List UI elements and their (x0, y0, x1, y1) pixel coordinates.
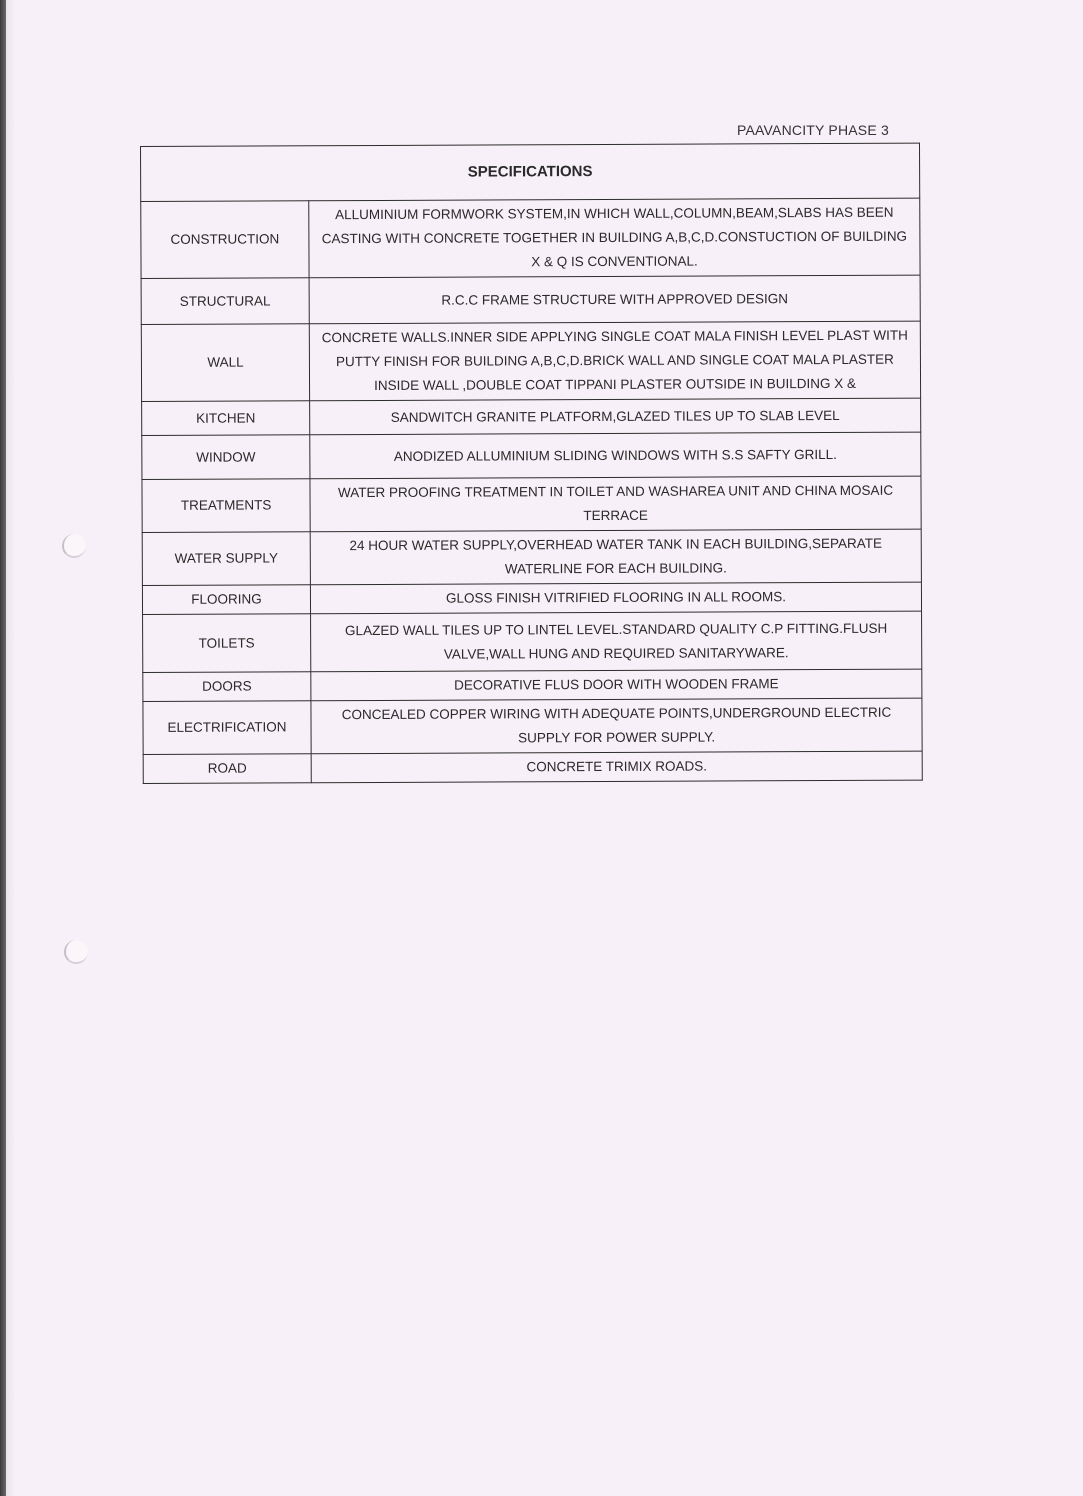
table-row: KITCHENSANDWITCH GRANITE PLATFORM,GLAZED… (142, 398, 921, 435)
spec-description: GLOSS FINISH VITRIFIED FLOORING IN ALL R… (310, 582, 921, 614)
table-row: WALLCONCRETE WALLS.INNER SIDE APPLYING S… (141, 321, 920, 401)
spec-category: ELECTRIFICATION (143, 701, 311, 755)
table-row: DOORSDECORATIVE FLUS DOOR WITH WOODEN FR… (143, 669, 922, 701)
table-row: WINDOWANODIZED ALLUMINIUM SLIDING WINDOW… (142, 432, 921, 479)
spec-category: TOILETS (143, 614, 311, 673)
spec-description: CONCRETE TRIMIX ROADS. (311, 751, 922, 783)
table-row: ELECTRIFICATIONCONCEALED COPPER WIRING W… (143, 698, 922, 754)
spec-description: DECORATIVE FLUS DOOR WITH WOODEN FRAME (311, 669, 922, 701)
spec-category: STRUCTURAL (141, 278, 309, 325)
table-row: FLOORINGGLOSS FINISH VITRIFIED FLOORING … (142, 582, 921, 614)
table-row: WATER SUPPLY24 HOUR WATER SUPPLY,OVERHEA… (142, 529, 921, 585)
table-row: ROADCONCRETE TRIMIX ROADS. (143, 751, 922, 783)
punch-hole (62, 534, 86, 558)
spec-category: WALL (141, 324, 309, 402)
spec-description: WATER PROOFING TREATMENT IN TOILET AND W… (310, 476, 921, 532)
spec-description: R.C.C FRAME STRUCTURE WITH APPROVED DESI… (309, 275, 920, 324)
spec-description: 24 HOUR WATER SUPPLY,OVERHEAD WATER TANK… (310, 529, 921, 585)
table-row: STRUCTURALR.C.C FRAME STRUCTURE WITH APP… (141, 275, 920, 324)
spec-category: WINDOW (142, 435, 310, 480)
spec-description: CONCRETE WALLS.INNER SIDE APPLYING SINGL… (309, 321, 920, 401)
spec-description: CONCEALED COPPER WIRING WITH ADEQUATE PO… (311, 698, 922, 754)
spec-category: WATER SUPPLY (142, 532, 310, 586)
spec-description: SANDWITCH GRANITE PLATFORM,GLAZED TILES … (310, 398, 921, 435)
spec-category: ROAD (143, 754, 311, 784)
spec-category: CONSTRUCTION (141, 201, 309, 279)
table-row: CONSTRUCTIONALLUMINIUM FORMWORK SYSTEM,I… (141, 198, 920, 278)
table-row: TOILETSGLAZED WALL TILES UP TO LINTEL LE… (143, 611, 922, 672)
spec-description: GLAZED WALL TILES UP TO LINTEL LEVEL.STA… (311, 611, 922, 672)
spec-description: ALLUMINIUM FORMWORK SYSTEM,IN WHICH WALL… (309, 198, 920, 278)
specifications-table: SPECIFICATIONS CONSTRUCTIONALLUMINIUM FO… (140, 143, 923, 784)
spec-category: KITCHEN (142, 401, 310, 436)
spec-category: TREATMENTS (142, 479, 310, 533)
table-row: TREATMENTSWATER PROOFING TREATMENT IN TO… (142, 476, 921, 532)
scan-edge-shadow (6, 0, 16, 1496)
spec-category: FLOORING (142, 585, 310, 615)
specifications-body: CONSTRUCTIONALLUMINIUM FORMWORK SYSTEM,I… (141, 198, 923, 783)
project-name: PAAVANCITY PHASE 3 (737, 122, 889, 138)
punch-hole (64, 940, 88, 964)
table-title: SPECIFICATIONS (141, 143, 920, 201)
spec-description: ANODIZED ALLUMINIUM SLIDING WINDOWS WITH… (310, 432, 921, 479)
spec-category: DOORS (143, 672, 311, 702)
